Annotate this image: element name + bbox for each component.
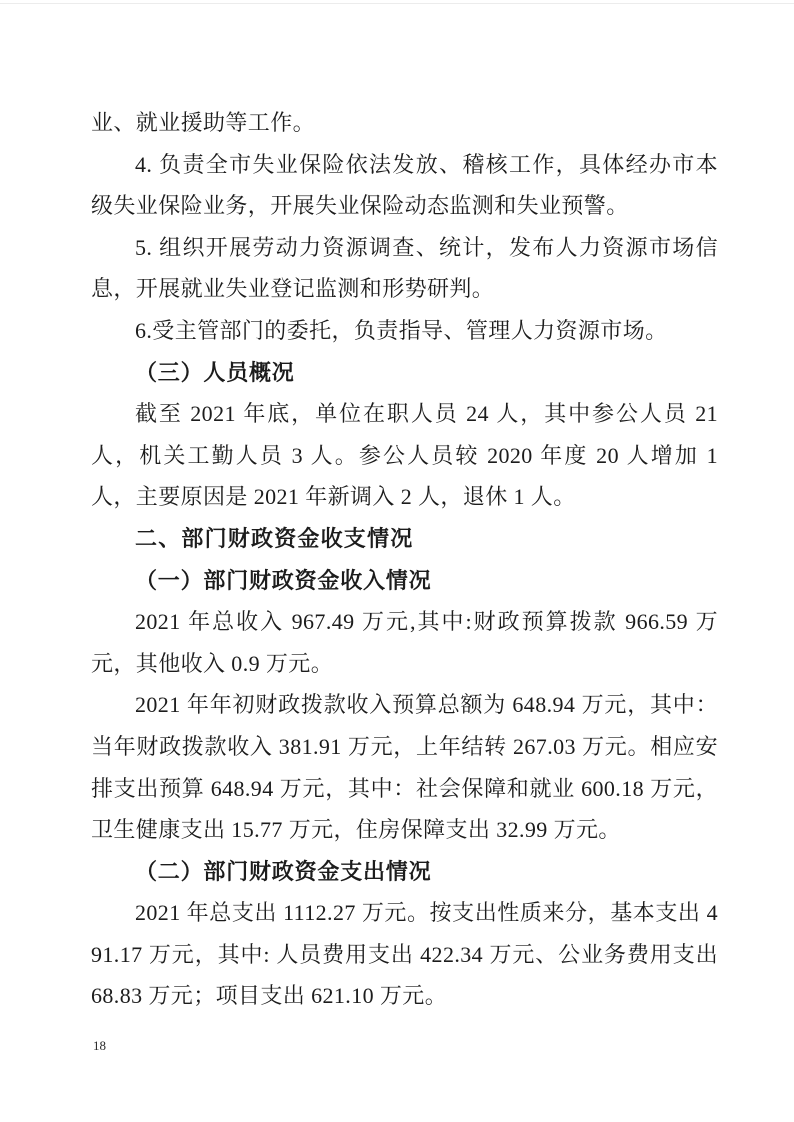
document-body: 业、就业援助等工作。4. 负责全市失业保险依法发放、稽核工作，具体经办市本级失业… bbox=[91, 102, 718, 1017]
paragraph: 2021 年总收入 967.49 万元,其中:财政预算拨款 966.59 万元，… bbox=[91, 601, 718, 684]
paragraph: 6.受主管部门的委托，负责指导、管理人力资源市场。 bbox=[91, 310, 718, 352]
section-heading-main: 二、部门财政资金收支情况 bbox=[91, 518, 718, 560]
paragraph: 4. 负责全市失业保险依法发放、稽核工作，具体经办市本级失业保险业务，开展失业保… bbox=[91, 144, 718, 227]
paragraph: 5. 组织开展劳动力资源调查、统计，发布人力资源市场信息，开展就业失业登记监测和… bbox=[91, 227, 718, 310]
paragraph: 2021 年年初财政拨款收入预算总额为 648.94 万元，其中：当年财政拨款收… bbox=[91, 684, 718, 850]
paragraph: 截至 2021 年底，单位在职人员 24 人，其中参公人员 21 人，机关工勤人… bbox=[91, 393, 718, 518]
page-number: 18 bbox=[93, 1038, 106, 1054]
section-heading-sub: （二）部门财政资金支出情况 bbox=[91, 851, 718, 893]
paragraph: 2021 年总支出 1112.27 万元。按支出性质来分，基本支出 491.17… bbox=[91, 892, 718, 1017]
page-top-edge bbox=[0, 3, 794, 4]
paragraph-continuation: 业、就业援助等工作。 bbox=[91, 102, 718, 144]
document-page: 业、就业援助等工作。4. 负责全市失业保险依法发放、稽核工作，具体经办市本级失业… bbox=[0, 0, 794, 1122]
section-heading-sub: （一）部门财政资金收入情况 bbox=[91, 560, 718, 602]
section-heading-sub: （三）人员概况 bbox=[91, 352, 718, 394]
